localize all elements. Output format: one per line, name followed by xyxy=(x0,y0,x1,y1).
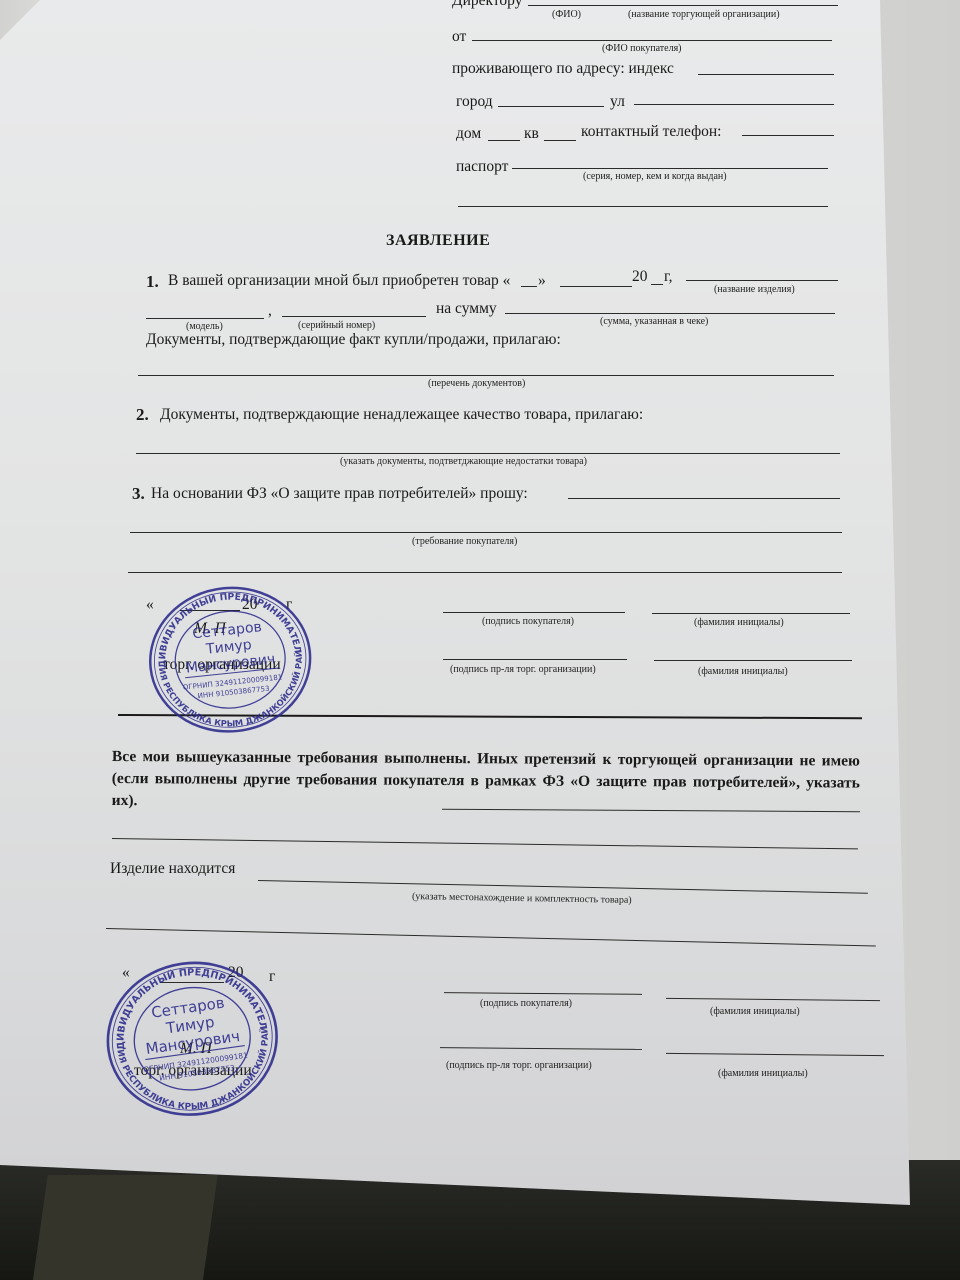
purchase-docs-field[interactable] xyxy=(138,375,834,376)
house-label: дом xyxy=(456,125,481,143)
company-seal-1: ИНДИВИДУАЛЬНЫЙ ПРЕДПРИНИМАТЕЛЬ • РОССИЯ … xyxy=(139,575,322,742)
location-field[interactable] xyxy=(258,880,868,894)
street-label: ул xyxy=(610,93,625,111)
purchase-docs-text: Документы, подтверждающие факт купли/про… xyxy=(146,331,561,349)
address-label: проживающего по адресу: индекс xyxy=(452,60,674,78)
buyer-name-hint-2: (фамилия инициалы) xyxy=(710,1006,800,1017)
buyer-name-field[interactable] xyxy=(472,40,832,41)
seller-sig-hint-2: (подпись пр-ля торг. организации) xyxy=(446,1060,592,1071)
buyer-sig-hint-1: (подпись покупателя) xyxy=(482,616,574,627)
phone-field[interactable] xyxy=(742,135,834,136)
city-label: город xyxy=(456,93,493,111)
product-hint: (название изделия) xyxy=(714,284,795,295)
company-seal-2: ИНДИВИДУАЛЬНЫЙ ПРЕДПРИНИМАТЕЛЬ • РОССИЯ … xyxy=(93,941,291,1134)
year-prefix: 20 xyxy=(632,268,648,286)
document-title: ЗАЯВЛЕНИЕ xyxy=(386,232,490,250)
index-field[interactable] xyxy=(698,74,834,75)
item-1-text: В вашей организации мной был приобретен … xyxy=(168,272,510,290)
purchase-day-field[interactable] xyxy=(521,286,537,287)
purchase-year-field[interactable] xyxy=(651,284,663,285)
passport-label: паспорт xyxy=(456,158,508,176)
item-3-hint: (требование покупателя) xyxy=(412,536,517,547)
item-3-text: На основании ФЗ «О защите прав потребите… xyxy=(151,485,528,503)
from-label: от xyxy=(452,28,466,46)
claim-form: Директору (ФИО) (название торгующей орга… xyxy=(0,0,960,1280)
demand-field-line3[interactable] xyxy=(128,572,842,573)
item-2-text: Документы, подтверждающие ненадлежащее к… xyxy=(160,406,643,424)
location-hint: (указать местонахождение и комплектность… xyxy=(412,891,632,906)
item-1-number: 1. xyxy=(146,272,159,292)
apt-field[interactable] xyxy=(544,140,576,141)
sum-hint: (сумма, указанная в чеке) xyxy=(600,316,708,327)
street-field[interactable] xyxy=(634,104,834,105)
house-field[interactable] xyxy=(488,140,520,141)
seller-signature-field-2[interactable] xyxy=(440,1047,642,1050)
buyer-name-field-2[interactable] xyxy=(666,998,880,1001)
seller-name-field-1[interactable] xyxy=(654,660,852,661)
seller-name-hint-1: (фамилия инициалы) xyxy=(698,666,788,677)
purchase-docs-hint: (перечень документов) xyxy=(428,378,525,389)
serial-hint: (серийный номер) xyxy=(298,320,375,331)
quote-close: » xyxy=(538,272,546,290)
location-field-line2[interactable] xyxy=(106,928,876,946)
seller-name-field-2[interactable] xyxy=(666,1053,884,1056)
buyer-name-hint-1: (фамилия инициалы) xyxy=(694,617,784,628)
item-3-number: 3. xyxy=(132,484,145,504)
item-2-hint: (указать документы, подтветджающие недос… xyxy=(340,456,587,467)
purchase-month-field[interactable] xyxy=(560,286,632,287)
sum-label: на сумму xyxy=(436,300,497,318)
closing-paragraph: Все мои вышеуказанные требования выполне… xyxy=(112,746,860,817)
director-label: Директору xyxy=(452,0,522,10)
serial-field[interactable] xyxy=(282,316,426,317)
buyer-signature-field-2[interactable] xyxy=(444,992,642,995)
item-2-number: 2. xyxy=(136,405,149,425)
buyer-sig-hint-2: (подпись покупателя) xyxy=(480,998,572,1009)
comma: , xyxy=(268,302,272,320)
passport-field-line2[interactable] xyxy=(458,206,828,207)
apt-label: кв xyxy=(524,125,539,143)
seller-name-hint-2: (фамилия инициалы) xyxy=(718,1068,808,1079)
from-hint: (ФИО покупателя) xyxy=(602,43,682,54)
passport-field[interactable] xyxy=(512,168,828,169)
buyer-name-field-1[interactable] xyxy=(652,613,850,614)
year-suffix: г, xyxy=(664,268,672,286)
director-hint-org: (название торгующей организации) xyxy=(628,9,780,20)
phone-label: контактный телефон: xyxy=(581,123,721,141)
demand-field[interactable] xyxy=(568,498,840,499)
seller-signature-field-1[interactable] xyxy=(443,659,627,660)
defect-docs-field[interactable] xyxy=(136,453,840,454)
city-field[interactable] xyxy=(498,106,604,107)
demand-field-line2[interactable] xyxy=(130,532,842,533)
other-demands-field-line2[interactable] xyxy=(112,838,858,849)
location-label: Изделие находится xyxy=(110,860,235,878)
sum-field[interactable] xyxy=(505,313,835,314)
director-hint-name: (ФИО) xyxy=(552,9,581,20)
director-field[interactable] xyxy=(528,5,838,6)
passport-hint: (серия, номер, кем и когда выдан) xyxy=(583,171,727,182)
model-field[interactable] xyxy=(146,318,264,319)
buyer-signature-field-1[interactable] xyxy=(443,612,625,613)
product-name-field[interactable] xyxy=(686,280,838,281)
seller-sig-hint-1: (подпись пр-ля торг. организации) xyxy=(450,664,596,675)
